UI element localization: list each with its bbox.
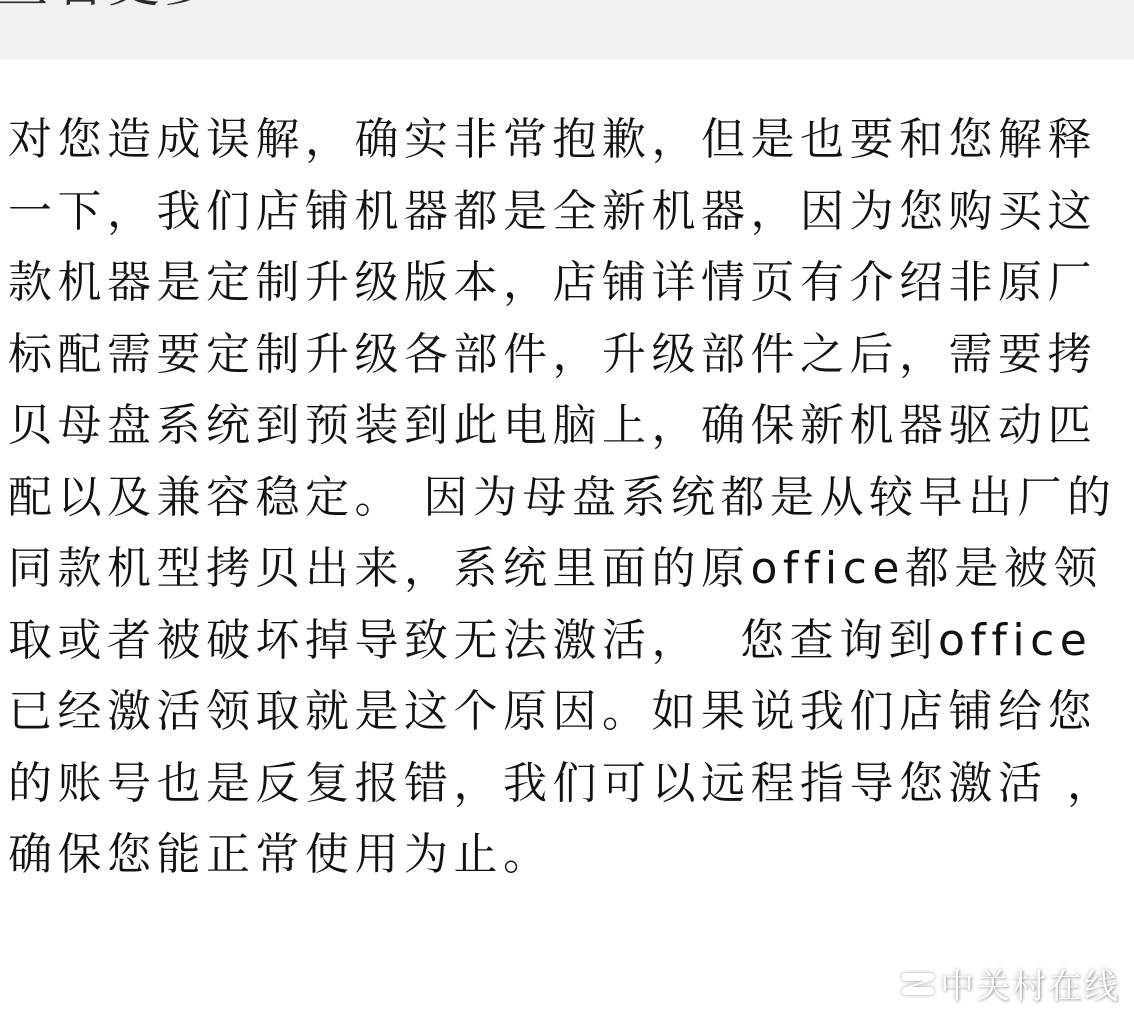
message-line: 标配需要定制升级各部件，升级部件之后，需要拷 <box>8 319 1132 391</box>
message-body: 对您造成误解，确实非常抱歉，但是也要和您解释 一下，我们店铺机器都是全新机器，因… <box>8 104 1132 891</box>
message-line: 取或者被破坏掉导致无法激活， 您查询到office <box>8 605 1132 677</box>
message-line: 已经激活领取就是这个原因。如果说我们店铺给您 <box>8 676 1132 748</box>
message-line: 一下，我们店铺机器都是全新机器，因为您购买这 <box>8 176 1132 248</box>
message-line: 配以及兼容稳定。 因为母盘系统都是从较早出厂的 <box>8 462 1132 534</box>
message-line: 确保您能正常使用为止。 <box>8 819 1132 891</box>
watermark: 中关村在线 <box>900 959 1120 1008</box>
message-line: 的账号也是反复报错，我们可以远程指导您激活 ， <box>8 748 1132 820</box>
message-line: 对您造成误解，确实非常抱歉，但是也要和您解释 <box>8 104 1132 176</box>
header-title[interactable]: 查看更多 <box>0 0 220 14</box>
zol-logo-icon <box>900 969 936 999</box>
message-line: 同款机型拷贝出来，系统里面的原office都是被领 <box>8 533 1132 605</box>
message-line: 款机器是定制升级版本，店铺详情页有介绍非原厂 <box>8 247 1132 319</box>
more-icon[interactable]: · <box>1116 0 1120 4</box>
watermark-text: 中关村在线 <box>940 959 1120 1008</box>
message-line: 贝母盘系统到预装到此电脑上，确保新机器驱动匹 <box>8 390 1132 462</box>
header-bar: 查看更多 · <box>0 0 1134 59</box>
